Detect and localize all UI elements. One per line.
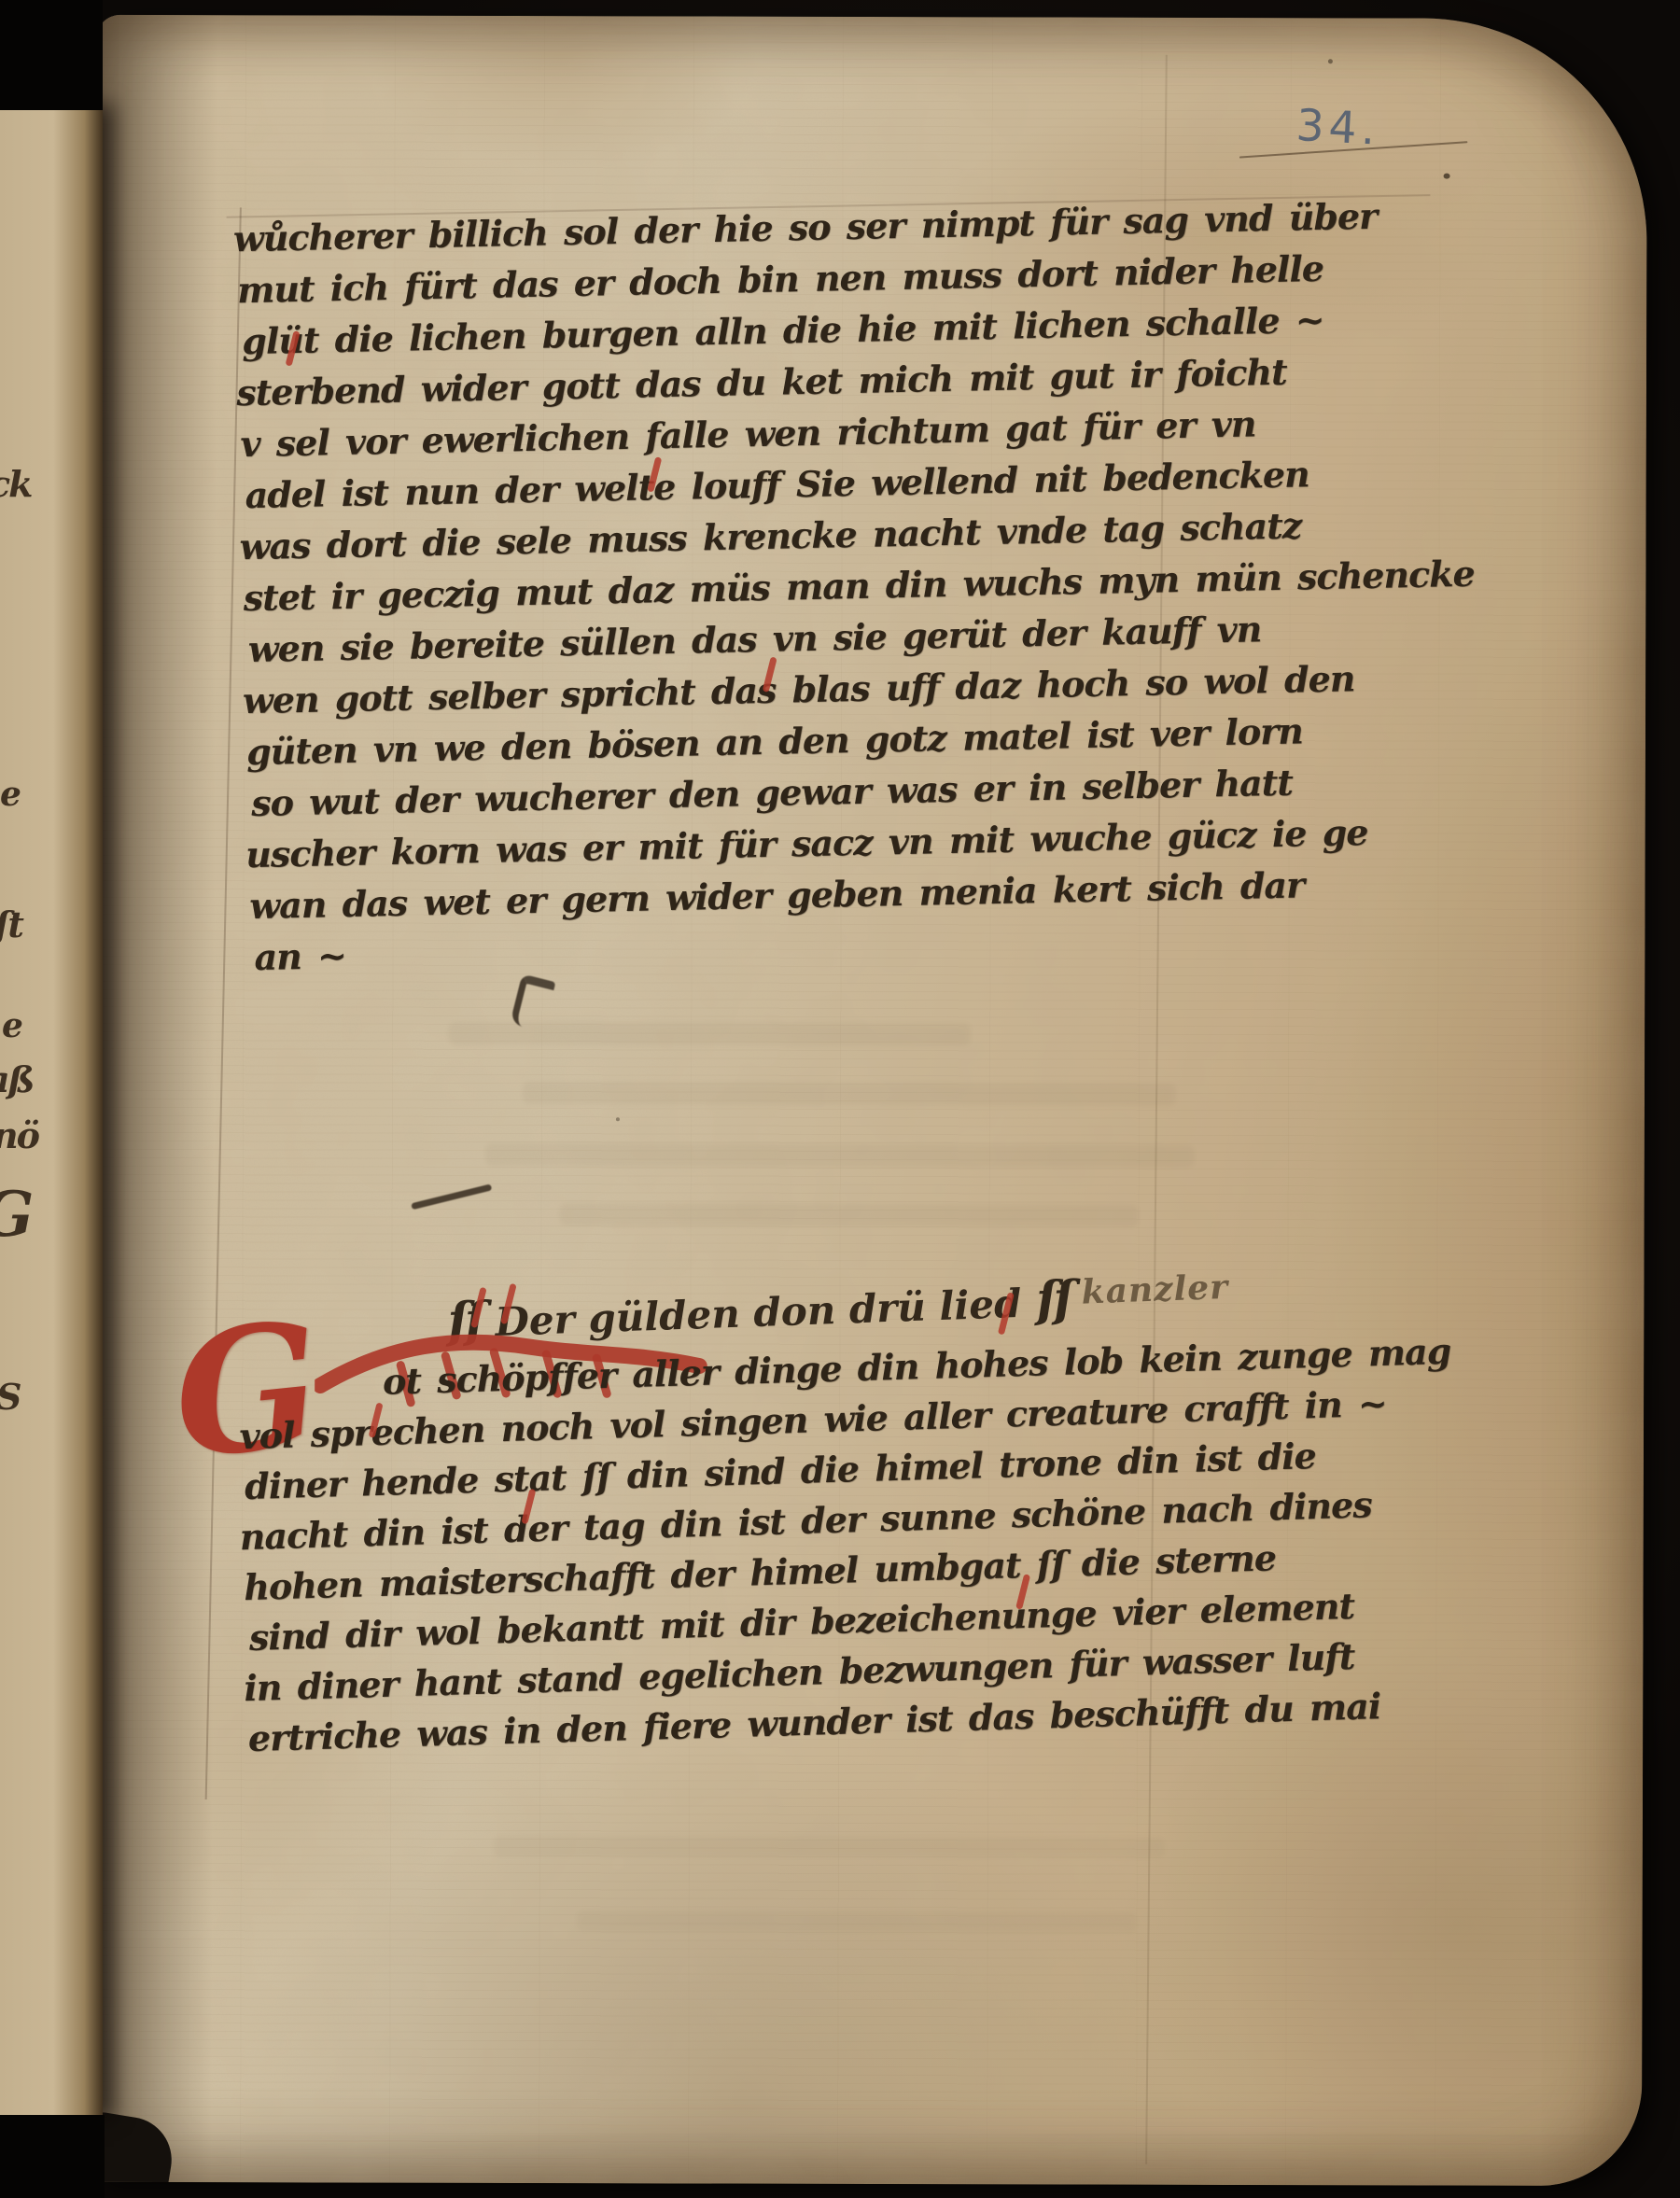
- bleedthrough-text: [577, 1911, 1137, 1933]
- bleedthrough-text: [523, 1082, 1176, 1106]
- photo-edge-black: [0, 2115, 105, 2198]
- bleedthrough-text: [485, 1143, 1195, 1168]
- photo-background: 34. wůcherer billich sol der hie so ser …: [0, 0, 1680, 2198]
- margin-fragment: G: [0, 1178, 32, 1251]
- margin-fragment: e: [2, 1006, 21, 1045]
- margin-ruling-vertical: [205, 207, 242, 1799]
- text-block-upper: wůcherer billich sol der hie so ser nimp…: [235, 189, 1482, 983]
- ink-speck: [1444, 174, 1450, 179]
- previous-page-edge: ck e ſt e aß nö G S: [0, 105, 103, 2119]
- margin-fragment: aß: [0, 1058, 34, 1100]
- ink-speck: [616, 1117, 620, 1121]
- heading-annotation: kanzler: [1081, 1267, 1229, 1312]
- gutter-shadow: [91, 15, 217, 2182]
- manuscript-page: 34. wůcherer billich sol der hie so ser …: [91, 15, 1647, 2186]
- heading-title: Der gülden don drü lied: [495, 1281, 1023, 1345]
- ink-smudge: [411, 1183, 492, 1210]
- folio-number: 34.: [1295, 100, 1381, 156]
- photo-edge-black: [0, 0, 103, 110]
- paragraph-mark: ſſ: [1035, 1270, 1071, 1328]
- margin-fragment: ſt: [0, 903, 22, 945]
- bleedthrough-text: [560, 1203, 1139, 1227]
- margin-fragment: S: [0, 1376, 20, 1418]
- bleedthrough-text: [493, 1836, 1165, 1858]
- text-block-lower: ot schöpffer aller dinge din hohes lob k…: [237, 1325, 1480, 1764]
- margin-fragment: e: [0, 775, 20, 814]
- bleedthrough-text: [448, 1022, 971, 1045]
- ink-speck: [1328, 59, 1333, 63]
- margin-fragment: nö: [0, 1114, 38, 1156]
- margin-fragment: ck: [0, 463, 31, 505]
